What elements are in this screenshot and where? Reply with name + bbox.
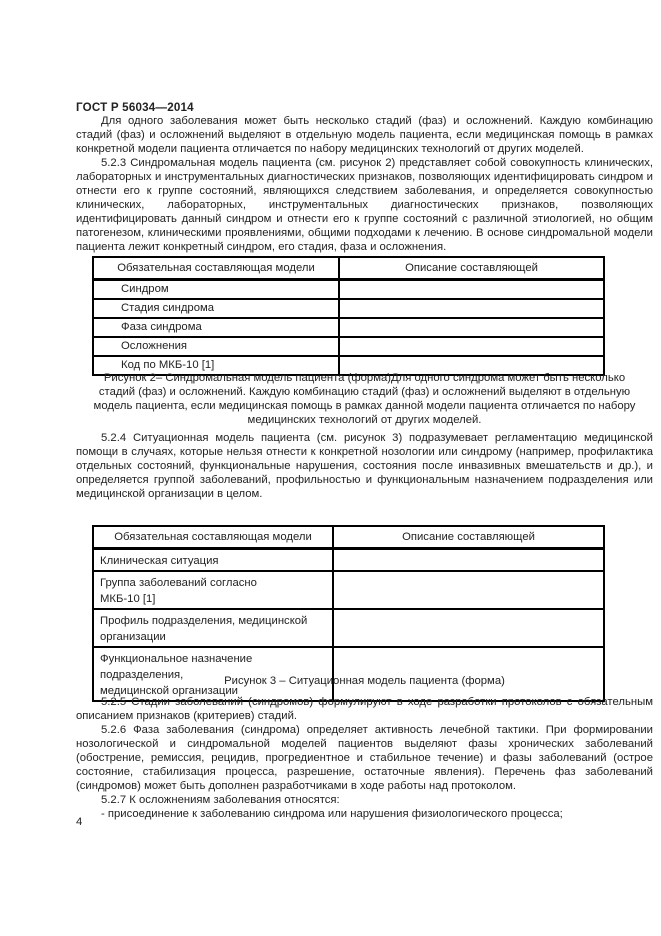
column-header-component: Обязательная составляющая модели	[93, 257, 339, 280]
row-label: Группа заболеваний согласно МКБ-10 [1]	[93, 571, 333, 609]
document-page: ГОСТ Р 56034—2014 Для одного заболевания…	[0, 0, 661, 936]
column-header-description: Описание составляющей	[333, 526, 604, 549]
row-label: Стадия синдрома	[93, 299, 339, 318]
row-label: Профиль подразделения, медицинской орган…	[93, 609, 333, 647]
row-value	[333, 609, 604, 647]
page-number: 4	[76, 816, 82, 828]
row-value	[339, 337, 604, 356]
table-row: Группа заболеваний согласно МКБ-10 [1]	[93, 571, 604, 609]
row-label: Клиническая ситуация	[93, 549, 333, 572]
row-label: Осложнения	[93, 337, 339, 356]
table-header-row: Обязательная составляющая модели Описани…	[93, 257, 604, 280]
row-label: Синдром	[93, 280, 339, 300]
row-value	[339, 318, 604, 337]
column-header-description: Описание составляющей	[339, 257, 604, 280]
table-row: Стадия синдрома	[93, 299, 604, 318]
paragraph-5-2-3: 5.2.3 Синдромальная модель пациента (см.…	[76, 156, 653, 254]
table-row: Осложнения	[93, 337, 604, 356]
paragraph-5-2-5: 5.2.5 Стадии заболеваний (синдромов) фор…	[76, 695, 653, 723]
table-row: Синдром	[93, 280, 604, 300]
paragraph-5-2-7-list-item: - присоединение к заболеванию синдрома и…	[76, 807, 653, 821]
syndromic-model-table: Обязательная составляющая модели Описани…	[92, 256, 605, 376]
table-row: Фаза синдрома	[93, 318, 604, 337]
document-header: ГОСТ Р 56034—2014	[76, 101, 653, 114]
paragraph-5-2-6: 5.2.6 Фаза заболевания (синдрома) опреде…	[76, 723, 653, 793]
table-row: Профиль подразделения, медицинской орган…	[93, 609, 604, 647]
row-value	[339, 299, 604, 318]
paragraph-intro: Для одного заболевания может быть нескол…	[76, 114, 653, 156]
figure-3-caption: Рисунок 3 – Ситуационная модель пациента…	[76, 674, 653, 688]
paragraph-5-2-4: 5.2.4 Ситуационная модель пациента (см. …	[76, 431, 653, 501]
row-value	[333, 549, 604, 572]
paragraph-5-2-7: 5.2.7 К осложнениям заболевания относятс…	[76, 793, 653, 807]
column-header-component: Обязательная составляющая модели	[93, 526, 333, 549]
figure-2-caption: Рисунок 2– Синдромальная модель пациента…	[76, 371, 653, 427]
table-header-row: Обязательная составляющая модели Описани…	[93, 526, 604, 549]
row-value	[333, 571, 604, 609]
table-row: Клиническая ситуация	[93, 549, 604, 572]
row-label: Фаза синдрома	[93, 318, 339, 337]
row-value	[339, 280, 604, 300]
